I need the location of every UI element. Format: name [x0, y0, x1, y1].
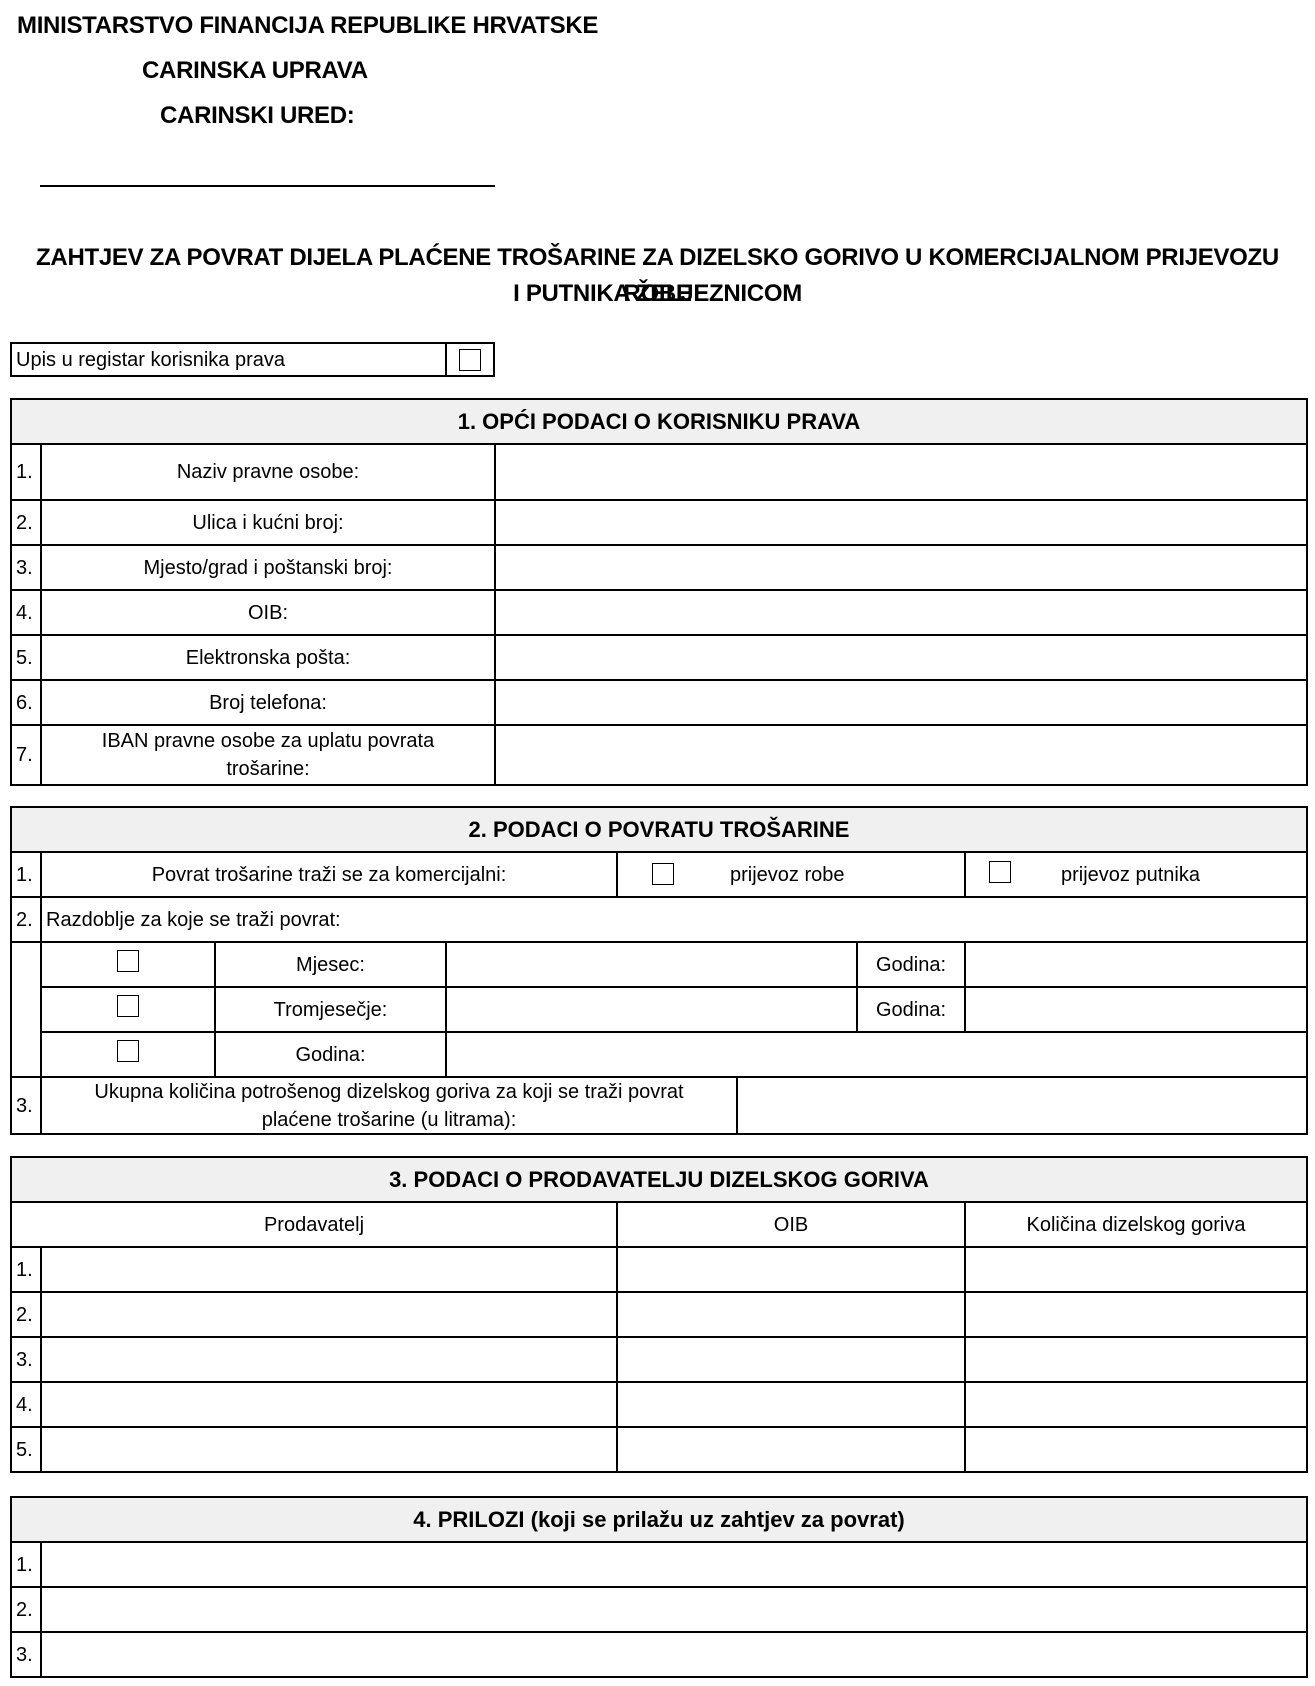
- s1-row6-num: 6.: [10, 679, 42, 726]
- phone-input[interactable]: [494, 679, 1308, 726]
- s3-row-num: 3.: [10, 1336, 42, 1383]
- col-header-seller: Prodavatelj: [10, 1201, 618, 1248]
- quarter-year-label: Godina:: [856, 986, 966, 1033]
- s1-row7-num: 7.: [10, 724, 42, 786]
- attachment-input[interactable]: [40, 1631, 1308, 1678]
- s4-row-num: 2.: [10, 1586, 42, 1633]
- s1-row1-num: 1.: [10, 443, 42, 501]
- quarter-label: Tromjesečje:: [214, 986, 447, 1033]
- section4-heading: 4. PRILOZI (koji se prilažu uz zahtjev z…: [10, 1496, 1308, 1543]
- month-input[interactable]: [445, 941, 858, 988]
- seller-oib-input[interactable]: [616, 1336, 966, 1383]
- s1-row2-label: Ulica i kućni broj:: [40, 499, 496, 546]
- month-checkbox-cell[interactable]: [40, 941, 216, 988]
- s3-row-num: 4.: [10, 1381, 42, 1428]
- s2-row2-label: Razdoblje za koje se traži povrat:: [40, 896, 1308, 943]
- goods-transport-label: prijevoz robe: [730, 861, 845, 889]
- section1-heading: 1. OPĆI PODACI O KORISNIKU PRAVA: [10, 398, 1308, 445]
- s2-period-spacer: [10, 941, 42, 1078]
- s1-row1-label: Naziv pravne osobe:: [40, 443, 496, 501]
- attachment-input[interactable]: [40, 1541, 1308, 1588]
- s2-row3-num: 3.: [10, 1076, 42, 1135]
- s2-row3-label-line1: Ukupna količina potrošenog dizelskog gor…: [94, 1078, 683, 1106]
- iban-input[interactable]: [494, 724, 1308, 786]
- seller-input[interactable]: [40, 1381, 618, 1428]
- street-input[interactable]: [494, 499, 1308, 546]
- month-checkbox[interactable]: [117, 950, 139, 972]
- passenger-transport-option[interactable]: prijevoz putnika: [964, 851, 1308, 898]
- register-label: Upis u registar korisnika prava: [10, 342, 447, 377]
- seller-quantity-input[interactable]: [964, 1291, 1308, 1338]
- office-input[interactable]: [40, 155, 495, 185]
- s2-row3-label-line2: plaćene trošarine (u litrama):: [262, 1106, 517, 1134]
- seller-quantity-input[interactable]: [964, 1336, 1308, 1383]
- seller-oib-input[interactable]: [616, 1381, 966, 1428]
- s1-row2-num: 2.: [10, 499, 42, 546]
- goods-transport-option[interactable]: prijevoz robe: [616, 851, 966, 898]
- register-checkbox[interactable]: [459, 349, 481, 371]
- section2-heading: 2. PODACI O POVRATU TROŠARINE: [10, 806, 1308, 853]
- seller-input[interactable]: [40, 1336, 618, 1383]
- quarter-checkbox[interactable]: [117, 995, 139, 1017]
- quarter-checkbox-cell[interactable]: [40, 986, 216, 1033]
- goods-transport-checkbox[interactable]: [652, 863, 674, 885]
- quarter-year-input[interactable]: [964, 986, 1308, 1033]
- s1-row3-num: 3.: [10, 544, 42, 591]
- office-underline: [40, 185, 495, 187]
- s3-row-num: 2.: [10, 1291, 42, 1338]
- s2-row1-label: Povrat trošarine traži se za komercijaln…: [40, 851, 618, 898]
- s2-row3-label: Ukupna količina potrošenog dizelskog gor…: [40, 1076, 738, 1135]
- s4-row-num: 3.: [10, 1631, 42, 1678]
- seller-quantity-input[interactable]: [964, 1246, 1308, 1293]
- s3-row-num: 1.: [10, 1246, 42, 1293]
- s2-row2-num: 2.: [10, 896, 42, 943]
- col-header-quantity: Količina dizelskog goriva: [964, 1201, 1308, 1248]
- oib-input[interactable]: [494, 589, 1308, 636]
- seller-input[interactable]: [40, 1246, 618, 1293]
- s1-row4-num: 4.: [10, 589, 42, 636]
- year-checkbox-cell[interactable]: [40, 1031, 216, 1078]
- month-label: Mjesec:: [214, 941, 447, 988]
- s1-row4-label: OIB:: [40, 589, 496, 636]
- office-label: CARINSKI URED:: [160, 102, 354, 130]
- ministry-name: MINISTARSTVO FINANCIJA REPUBLIKE HRVATSK…: [17, 12, 598, 40]
- col-header-oib: OIB: [616, 1201, 966, 1248]
- seller-oib-input[interactable]: [616, 1291, 966, 1338]
- form-title-line2: I PUTNIKA ŽELJEZNICOM: [0, 276, 1315, 312]
- attachment-input[interactable]: [40, 1586, 1308, 1633]
- register-checkbox-cell[interactable]: [445, 342, 495, 377]
- s1-row5-label: Elektronska pošta:: [40, 634, 496, 681]
- s1-row6-label: Broj telefona:: [40, 679, 496, 726]
- quarter-input[interactable]: [445, 986, 858, 1033]
- section3-heading: 3. PODACI O PRODAVATELJU DIZELSKOG GORIV…: [10, 1156, 1308, 1203]
- email-input[interactable]: [494, 634, 1308, 681]
- s1-row7-label: IBAN pravne osobe za uplatu povrata troš…: [40, 724, 496, 786]
- seller-input[interactable]: [40, 1426, 618, 1473]
- legal-entity-name-input[interactable]: [494, 443, 1308, 501]
- year-label: Godina:: [214, 1031, 447, 1078]
- month-year-label: Godina:: [856, 941, 966, 988]
- administration-name: CARINSKA UPRAVA: [142, 57, 368, 85]
- s1-row5-num: 5.: [10, 634, 42, 681]
- seller-oib-input[interactable]: [616, 1246, 966, 1293]
- s4-row-num: 1.: [10, 1541, 42, 1588]
- total-litres-input[interactable]: [736, 1076, 1308, 1135]
- seller-quantity-input[interactable]: [964, 1426, 1308, 1473]
- city-postal-input[interactable]: [494, 544, 1308, 591]
- passenger-transport-label: prijevoz putnika: [1061, 861, 1200, 889]
- s3-row-num: 5.: [10, 1426, 42, 1473]
- year-input[interactable]: [445, 1031, 1308, 1078]
- seller-input[interactable]: [40, 1291, 618, 1338]
- seller-oib-input[interactable]: [616, 1426, 966, 1473]
- month-year-input[interactable]: [964, 941, 1308, 988]
- s1-row3-label: Mjesto/grad i poštanski broj:: [40, 544, 496, 591]
- passenger-transport-checkbox[interactable]: [989, 861, 1011, 883]
- seller-quantity-input[interactable]: [964, 1381, 1308, 1428]
- s2-row1-num: 1.: [10, 851, 42, 898]
- year-checkbox[interactable]: [117, 1040, 139, 1062]
